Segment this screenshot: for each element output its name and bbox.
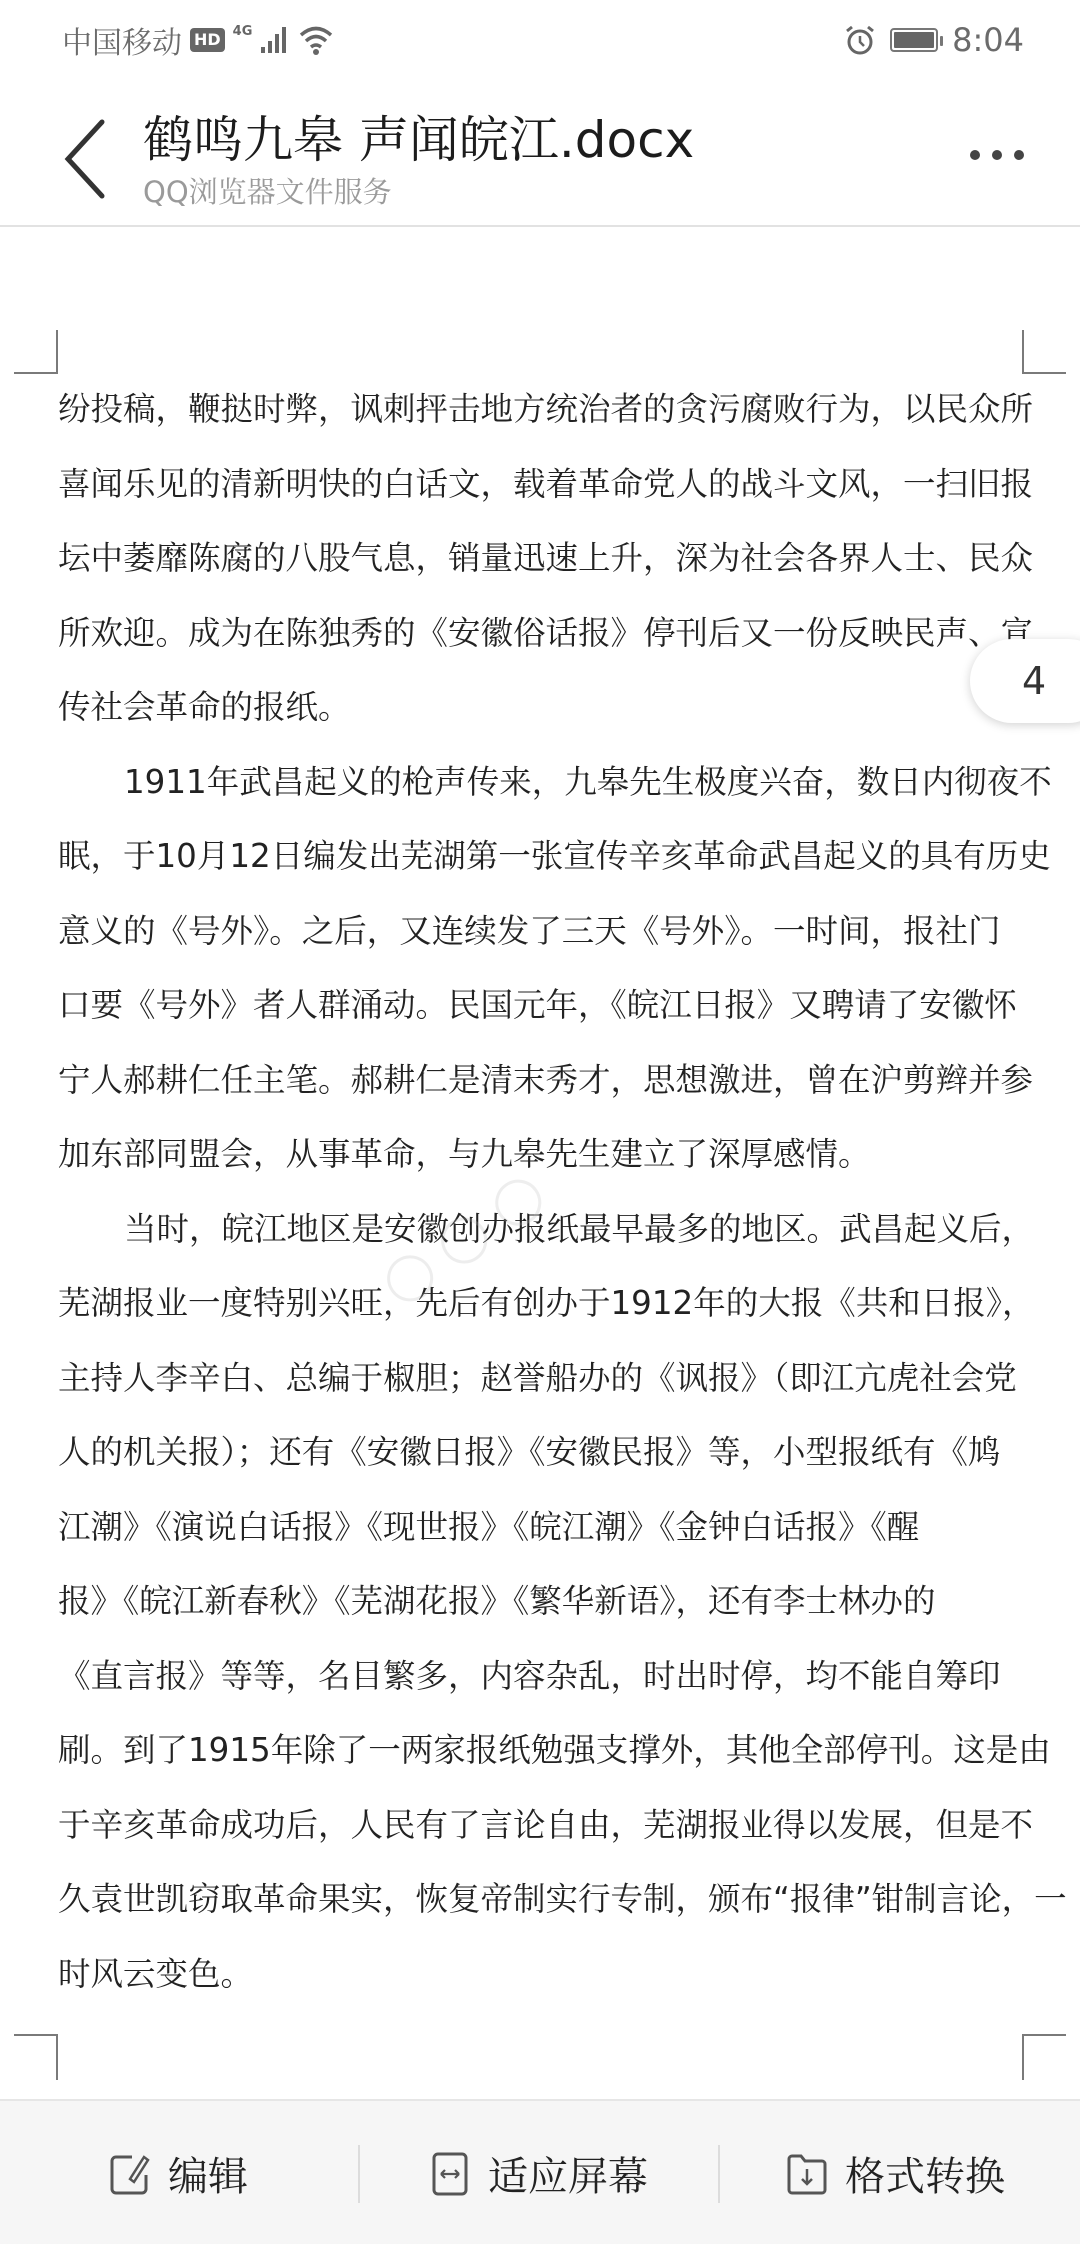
page-margin-mark-bottom-left bbox=[14, 2034, 58, 2080]
text-line: 芜湖报业一度特别兴旺，先后有创办于1912年的大报《共和日报》， bbox=[58, 1266, 1048, 1341]
text-line: 纷投稿，鞭挞时弊，讽刺抨击地方统治者的贪污腐败行为，以民众所 bbox=[58, 372, 1048, 447]
folder-download-icon bbox=[785, 2151, 829, 2197]
edit-button[interactable]: 编辑 bbox=[108, 2101, 248, 2244]
bottom-toolbar: 编辑 适应屏幕 格式转换 bbox=[0, 2099, 1080, 2244]
document-viewer[interactable]: 纷投稿，鞭挞时弊，讽刺抨击地方统治者的贪污腐败行为，以民众所 喜闻乐见的清新明快… bbox=[0, 227, 1080, 2095]
toolbar-divider bbox=[358, 2145, 360, 2203]
paragraph-start-line: 1911年武昌起义的枪声传来，九皋先生极度兴奋，数日内彻夜不 bbox=[58, 745, 1048, 820]
edit-label: 编辑 bbox=[168, 2145, 248, 2202]
more-options-button[interactable] bbox=[962, 140, 1032, 170]
page-number-indicator[interactable]: 4 bbox=[970, 639, 1080, 723]
carrier-label: 中国移动 bbox=[62, 18, 182, 62]
signal-icon bbox=[260, 25, 290, 55]
status-bar: 中国移动 HD 4G 8:04 bbox=[0, 0, 1080, 80]
hd-icon: HD bbox=[190, 28, 225, 52]
text-line: 《直言报》等等，名目繁多，内容杂乱，时出时停，均不能自筹印 bbox=[58, 1639, 1048, 1714]
chevron-left-icon bbox=[56, 114, 116, 204]
text-line: 意义的《号外》。之后，又连续发了三天《号外》。一时间，报社门 bbox=[58, 894, 1048, 969]
text-line: 坛中萎靡陈腐的八股气息，销量迅速上升，深为社会各界人士、民众 bbox=[58, 521, 1048, 596]
text-line: 口要《号外》者人群涌动。民国元年，《皖江日报》又聘请了安徽怀 bbox=[58, 968, 1048, 1043]
alarm-icon bbox=[844, 24, 876, 56]
edit-icon bbox=[108, 2151, 152, 2197]
fit-screen-label: 适应屏幕 bbox=[488, 2145, 648, 2202]
battery-icon bbox=[890, 28, 938, 52]
back-button[interactable] bbox=[56, 114, 116, 204]
fit-width-icon bbox=[428, 2151, 472, 2197]
text-line: 传社会革命的报纸。 bbox=[58, 670, 1048, 745]
wifi-icon bbox=[298, 24, 334, 56]
document-source: QQ浏览器文件服务 bbox=[143, 170, 392, 211]
text-line: 喜闻乐见的清新明快的白话文，载着革命党人的战斗文风，一扫旧报 bbox=[58, 447, 1048, 522]
text-line: 江潮》《演说白话报》《现世报》《皖江潮》《金钟白话报》《醒 bbox=[58, 1490, 1048, 1565]
page-margin-mark-top-left bbox=[14, 330, 58, 374]
text-line: 眠，于10月12日编发出芜湖第一张宣传辛亥革命武昌起义的具有历史 bbox=[58, 819, 1048, 894]
format-convert-button[interactable]: 格式转换 bbox=[785, 2101, 1005, 2244]
text-line: 所欢迎。成为在陈独秀的《安徽俗话报》停刊后又一份反映民声、宣 bbox=[58, 596, 1048, 671]
text-line: 久袁世凯窃取革命果实，恢复帝制实行专制，颁布“报律”钳制言论，一 bbox=[58, 1862, 1048, 1937]
text-line: 宁人郝耕仁任主笔。郝耕仁是清末秀才，思想激进，曾在沪剪辫并参 bbox=[58, 1043, 1048, 1118]
page-margin-mark-top-right bbox=[1022, 330, 1066, 374]
status-right: 8:04 bbox=[844, 20, 1024, 60]
network-type-label: 4G bbox=[233, 24, 253, 39]
text-line: 报》《皖江新春秋》《芜湖花报》《繁华新语》，还有李士林办的 bbox=[58, 1564, 1048, 1639]
text-line: 人的机关报）；还有《安徽日报》《安徽民报》等，小型报纸有《鸠 bbox=[58, 1415, 1048, 1490]
page-margin-mark-bottom-right bbox=[1022, 2034, 1066, 2080]
status-left: 中国移动 HD 4G bbox=[62, 20, 334, 60]
text-line: 刷。到了1915年除了一两家报纸勉强支撑外，其他全部停刊。这是由 bbox=[58, 1713, 1048, 1788]
text-line: 于辛亥革命成功后，人民有了言论自由，芜湖报业得以发展，但是不 bbox=[58, 1788, 1048, 1863]
fit-screen-button[interactable]: 适应屏幕 bbox=[428, 2101, 648, 2244]
text-line: 主持人李辛白、总编于椒胆；赵誉船办的《讽报》（即江亢虎社会党 bbox=[58, 1341, 1048, 1416]
toolbar-divider bbox=[718, 2145, 720, 2203]
text-line: 时风云变色。 bbox=[58, 1937, 1048, 2012]
more-dots-icon bbox=[970, 150, 980, 160]
clock: 8:04 bbox=[952, 21, 1024, 59]
format-convert-label: 格式转换 bbox=[845, 2145, 1005, 2202]
app-header: 鹤鸣九皋 声闻皖江.docx QQ浏览器文件服务 bbox=[0, 80, 1080, 227]
document-title: 鹤鸣九皋 声闻皖江.docx bbox=[143, 100, 694, 172]
